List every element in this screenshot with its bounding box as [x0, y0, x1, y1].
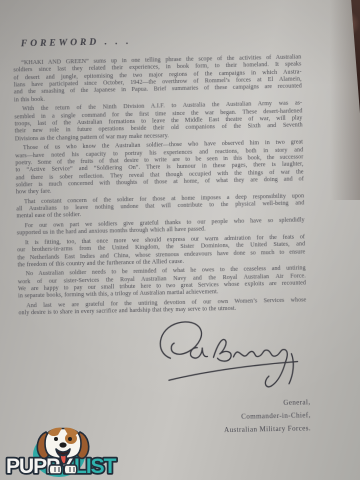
paragraph: “KHAKI AND GREEN” sums up in one telling… — [13, 54, 302, 104]
blamey-signature — [134, 309, 311, 401]
puppylist-watermark: PUPPY LIST — [3, 421, 131, 479]
page-title: FOREWORD . . . — [21, 37, 132, 49]
foreword-page: FOREWORD . . . “KHAKI AND GREEN” sums up… — [0, 0, 360, 480]
paragraph: Those of us who know the Australian sold… — [15, 140, 304, 197]
signoff-block: General,Commander-in-Chief,Australian Mi… — [224, 396, 312, 437]
signoff-line: Australian Military Forces. — [224, 422, 311, 437]
book-page-photo: FOREWORD . . . “KHAKI AND GREEN” sums up… — [0, 0, 360, 480]
paragraph: That constant concern of the soldier for… — [16, 193, 304, 221]
paragraph: It is fitting, too, that once more we sh… — [17, 234, 306, 269]
puppy-dog-icon — [31, 423, 95, 479]
paragraph: No Australian soldier needs to be remind… — [18, 266, 307, 301]
foreword-text: “KHAKI AND GREEN” sums up in one telling… — [13, 54, 306, 320]
paragraph: With the return of the Ninth Division A.… — [14, 101, 303, 144]
